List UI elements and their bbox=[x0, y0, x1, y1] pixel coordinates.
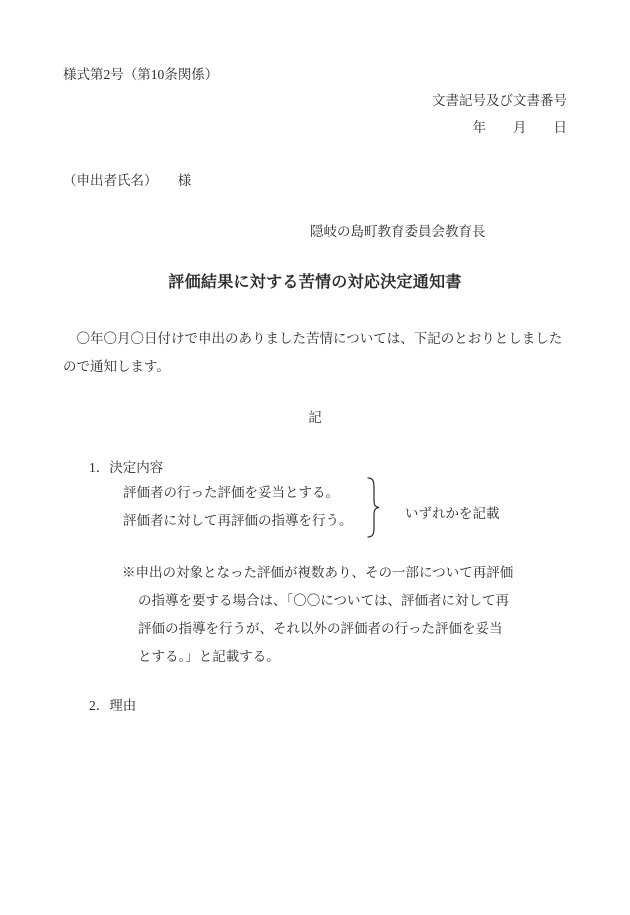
ki-marker: 記 bbox=[0, 409, 630, 427]
document-number-label: 文書記号及び文書番号 bbox=[432, 92, 567, 110]
addressee-line: （申出者氏名） 様 bbox=[63, 172, 191, 190]
note-line-1: ※申出の対象となった評価が複数あり、その一部について再評価 bbox=[122, 564, 513, 582]
note-line-4: とする。」と記載する。 bbox=[138, 648, 280, 666]
note-line-3: 評価の指導を行うが、それ以外の評価者の行った評価を妥当 bbox=[138, 620, 503, 638]
section2-heading: 2．理由 bbox=[89, 697, 136, 715]
document-title: 評価結果に対する苦情の対応決定通知書 bbox=[0, 273, 630, 294]
issuer-line: 隠岐の島町教育委員会教育長 bbox=[310, 223, 486, 241]
date-line: 年 月 日 bbox=[473, 119, 568, 137]
notice-document-page: 様式第2号（第10条関係） 文書記号及び文書番号 年 月 日 （申出者氏名） 様… bbox=[0, 0, 630, 915]
brace-annotation: いずれかを記載 bbox=[405, 505, 500, 523]
body-line-1: 〇年〇月〇日付けで申出のありました苦情については、下記のとおりとしました bbox=[63, 330, 562, 348]
body-line-2: ので通知します。 bbox=[63, 358, 170, 376]
right-brace-icon bbox=[366, 477, 380, 538]
decision-option-2: 評価者に対して再評価の指導を行う。 bbox=[123, 512, 353, 530]
form-number: 様式第2号（第10条関係） bbox=[63, 66, 218, 84]
section1-heading: 1．決定内容 bbox=[89, 459, 163, 477]
decision-option-1: 評価者の行った評価を妥当とする。 bbox=[123, 484, 339, 502]
note-line-2: の指導を要する場合は、「〇〇については、評価者に対して再 bbox=[138, 592, 509, 610]
